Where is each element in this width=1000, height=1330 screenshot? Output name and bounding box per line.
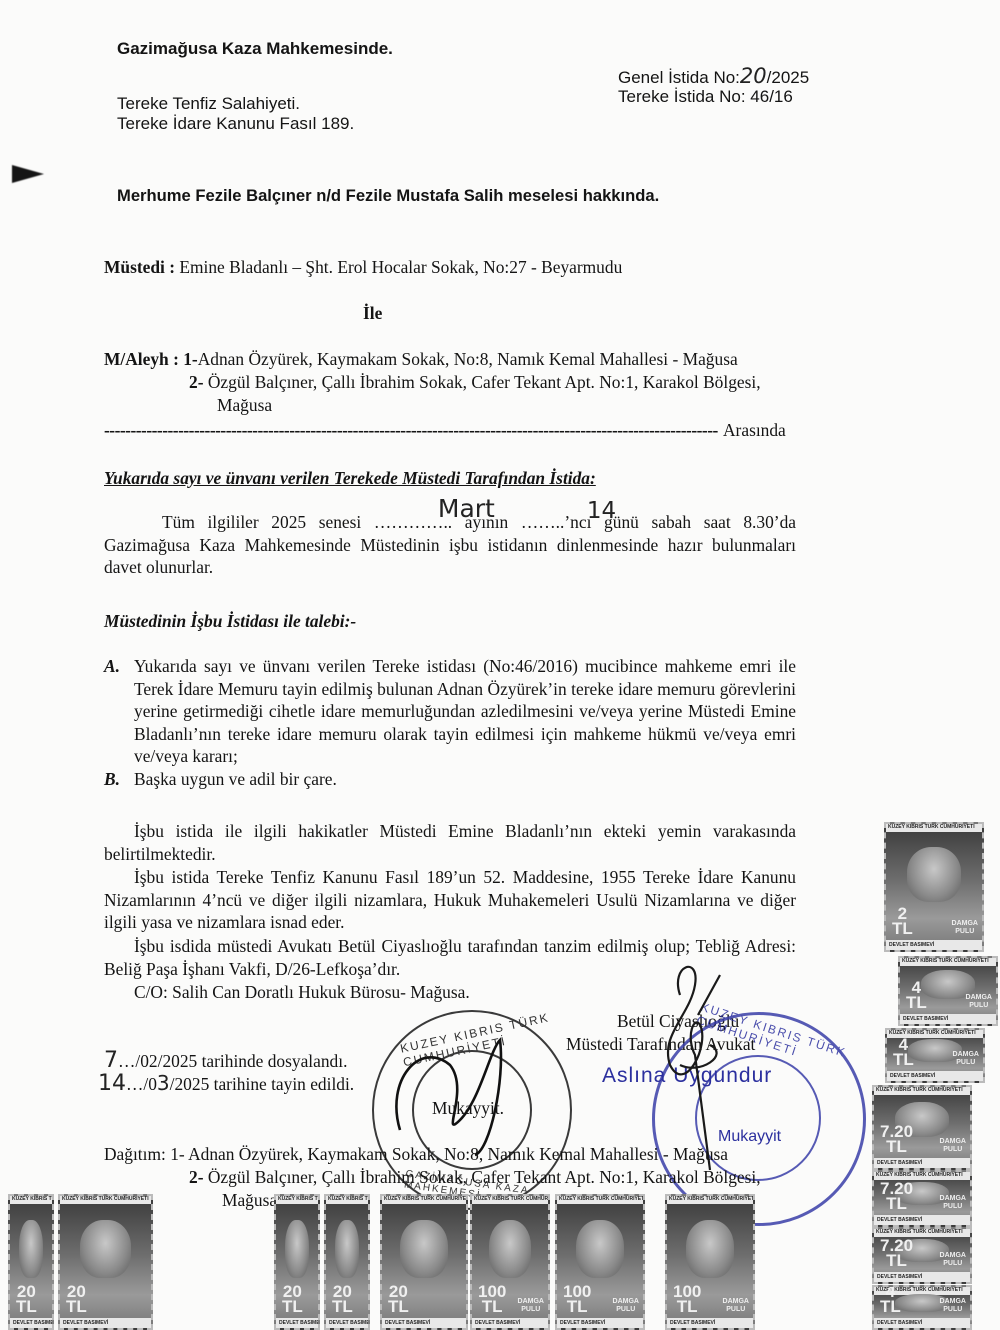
stamp-printer: DEVLET BASIMEVİ (900, 1014, 996, 1024)
stamp-value: 20TL (16, 1284, 37, 1314)
stamp-value: 20TL (66, 1284, 87, 1314)
revenue-stamp: KUZEY KIBRIS TÜRK CUMHURİYETİ100TLDAMGAP… (665, 1194, 755, 1330)
filed-date-line: 7…/02/2025 tarihinde dosyalandı. (104, 1050, 347, 1073)
stamp-value: 7.20TL (880, 1181, 913, 1211)
lawyer-signature (640, 955, 770, 1175)
stamp-portrait (576, 1220, 624, 1278)
respondent-2-line: 2- Özgül Balçıner, Çallı İbrahim Sokak, … (189, 371, 761, 394)
stamp-issuer: KUZEY KIBRIS TÜRK CUMHURİYETİ (886, 824, 982, 832)
stamp-printer: DEVLET BASIMEVİ (874, 1158, 970, 1168)
stamp-value: 7.20TL (880, 1124, 913, 1154)
summons-paragraph: Tüm ilgililer 2025 senesi …………..Mart ayı… (104, 511, 796, 579)
distribution-1-number: 1- (170, 1144, 185, 1164)
dash-rule: ----------------------------------------… (104, 420, 718, 440)
stamp-portrait (80, 1220, 131, 1278)
stamp-type: DAMGAPULU (613, 1298, 639, 1314)
stamp-printer: DEVLET BASIMEVİ (874, 1215, 970, 1225)
stamp-value: 100TL (563, 1284, 591, 1314)
distribution-2-number: 2- (189, 1167, 204, 1187)
stamp-printer: DEVLET BASIMEVİ (472, 1318, 548, 1328)
general-petition-handwritten: 20 (740, 64, 767, 88)
stamp-issuer: KUZEY KIBRIS TÜRK CUMHURİYETİ (557, 1196, 643, 1204)
revenue-stamp: KUZEY KIBRIS TÜRK CUMHURİYETİ100TLDAMGAP… (470, 1194, 550, 1330)
stamp-issuer: KUZEY KIBRIS TÜRK CUMHURİYETİ (382, 1196, 466, 1204)
registrar-signature (380, 1020, 540, 1160)
distribution-2-details: Özgül Balçıner, Çallı İbrahim Sokak, Caf… (208, 1167, 761, 1187)
jurisdiction-line: Tereke Tenfiz Salahiyeti. (117, 94, 300, 114)
law-line: Tereke İdare Kanunu Fasıl 189. (117, 114, 354, 134)
general-petition-label: Genel İstida No: (618, 68, 740, 87)
revenue-stamp: KUZEY KIBRIS TÜRK CUMHURİYETİ20TLDEVLET … (324, 1194, 370, 1330)
care-of-line: C/O: Salih Can Doratlı Hukuk Bürosu- Mağ… (134, 981, 470, 1004)
stamp-type: DAMGAPULU (952, 920, 978, 936)
stamp-portrait (907, 847, 961, 902)
month-blank: …………..Mart (374, 512, 452, 532)
distribution-label: Dağıtım: (104, 1144, 166, 1164)
between-label: Arasında (720, 419, 786, 442)
facts-paragraph: İşbu istida ile ilgili hakikatler Müsted… (104, 820, 796, 865)
stamp-value: 20TL (332, 1284, 353, 1314)
hearing-date-line: 14…/03/2025 tarihine tayin edildi. (98, 1072, 354, 1096)
revenue-stamp: KUZEY KIBRIS TÜRK CUMHURİYETİ2TLDAMGAPUL… (884, 822, 984, 952)
applicant-details: Emine Bladanlı – Şht. Erol Hocalar Sokak… (179, 257, 622, 277)
request-heading: Müstedinin İşbu İstidası ile talebi:- (104, 610, 356, 633)
stamp-type: DAMGAPULU (953, 1051, 979, 1067)
stamp-type: DAMGAPULU (518, 1298, 544, 1314)
request-letter-b: B. (104, 768, 134, 791)
stamp-portrait (489, 1220, 532, 1278)
general-petition-year: /2025 (767, 68, 810, 87)
distribution-line-1: Dağıtım: 1- Adnan Özyürek, Kaymakam Soka… (104, 1143, 728, 1166)
stamp-value: 20TL (282, 1284, 303, 1314)
stamp-issuer: KUZEY KIBRIS TÜRK CUMHURİYETİ (276, 1196, 318, 1204)
stamp-value: 4TL (893, 1037, 914, 1067)
stamp-printer: DEVLET BASIMEVİ (887, 1071, 983, 1081)
stamp-issuer: KUZEY KIBRIS TÜRK CUMHURİYETİ (874, 1087, 970, 1095)
stamp-issuer: KUZEY KIBRIS TÜRK CUMHURİYETİ (900, 958, 996, 966)
stamp-printer: DEVLET BASIMEVİ (667, 1318, 753, 1328)
stamp-portrait (285, 1220, 309, 1278)
applicant-label: Müstedi : (104, 257, 175, 277)
revenue-stamp: KUZEY KIBRIS TÜRK CUMHURİYETİ7.20TLDAMGA… (872, 1085, 972, 1170)
revenue-stamp: KUZEY KIBRIS TÜRK CUMHURİYETİ4TLDAMGAPUL… (898, 956, 998, 1026)
legal-basis-paragraph: İşbu istida Tereke Tenfiz Kanunu Fasıl 1… (104, 866, 796, 934)
revenue-stamp: KUZEY KIBRIS TÜRK CUMHURİYETİ7.20TLDAMGA… (872, 1170, 972, 1227)
stamp-portrait (19, 1220, 43, 1278)
stamp-issuer: KUZEY KIBRIS TÜRK CUMHURİYETİ (326, 1196, 368, 1204)
stamp-type: DAMGAPULU (940, 1252, 966, 1268)
stamp-printer: DEVLET BASIMEVİ (276, 1318, 318, 1328)
stamp-issuer: KUZEY KIBRIS TÜRK CUMHURİYETİ (60, 1196, 151, 1204)
respondent-2-continuation: Mağusa (217, 394, 272, 417)
estate-petition-number: Tereke İstida No: 46/16 (618, 87, 793, 107)
stamp-issuer: KUZEY KIBRIS TÜRK CUMHURİYETİ (667, 1196, 753, 1204)
distribution-2-continuation: Mağusa (222, 1189, 277, 1212)
respondent-1-details: Adnan Özyürek, Kaymakam Sokak, No:8, Nam… (198, 349, 738, 369)
stamp-portrait (686, 1220, 734, 1278)
summons-text-1: Tüm ilgililer 2025 senesi (162, 512, 374, 532)
day-blank: ……..14 (521, 512, 564, 532)
stamp-value: 100TL (478, 1284, 506, 1314)
punch-hole-mark (12, 165, 44, 183)
request-item-a: A. Yukarıda sayı ve ünvanı verilen Terek… (104, 655, 796, 768)
respondent-1-number: 1- (183, 349, 198, 369)
stamp-value: 4TL (880, 1285, 901, 1314)
stamp-value: 4TL (906, 980, 927, 1010)
respondent-2-details: Özgül Balçıner, Çallı İbrahim Sokak, Caf… (208, 372, 761, 392)
stamp-printer: DEVLET BASIMEVİ (10, 1318, 52, 1328)
stamp-printer: DEVLET BASIMEVİ (874, 1318, 970, 1328)
revenue-stamp: KUZEY KIBRIS TÜRK CUMHURİYETİ20TLDEVLET … (274, 1194, 320, 1330)
court-title: Gazimağusa Kaza Mahkemesinde. (117, 39, 393, 59)
stamp-printer: DEVLET BASIMEVİ (874, 1272, 970, 1282)
request-item-b: B. Başka uygun ve adil bir çare. (104, 768, 796, 791)
subject-line: Merhume Fezile Balçıner n/d Fezile Musta… (117, 186, 659, 206)
stamp-type: DAMGAPULU (723, 1298, 749, 1314)
respondent-label: M/Aleyh : (104, 349, 179, 369)
respondent-1-line: M/Aleyh : 1-Adnan Özyürek, Kaymakam Soka… (104, 348, 738, 371)
petition-heading: Yukarıda sayı ve ünvanı verilen Terekede… (104, 467, 596, 490)
hearing-date-text-b: /2025 tarihine tayin edildi. (170, 1074, 355, 1094)
month-handwritten: Mart (380, 498, 495, 521)
filed-day-handwritten: 7 (104, 1048, 118, 1073)
filed-date-text: …/02/2025 tarihinde dosyalandı. (118, 1051, 347, 1071)
stamp-printer: DEVLET BASIMEVİ (886, 940, 982, 950)
stamp-value: 2TL (892, 906, 913, 936)
stamp-value: 7.20TL (880, 1238, 913, 1268)
stamp-printer: DEVLET BASIMEVİ (382, 1318, 466, 1328)
day-handwritten: 14 (529, 500, 616, 523)
stamp-portrait (335, 1220, 359, 1278)
hearing-day-handwritten: 14 (98, 1071, 126, 1096)
stamp-portrait (400, 1220, 447, 1278)
revenue-stamp: KUZEY KIBRIS TÜRK CUMHURİYETİ20TLDEVLET … (380, 1194, 468, 1330)
general-petition-number: Genel İstida No:20/2025 (618, 64, 809, 88)
revenue-stamp: KUZEY KIBRIS TÜRK CUMHURİYETİ100TLDAMGAP… (555, 1194, 645, 1330)
revenue-stamp: KUZEY KIBRIS TÜRK CUMHURİYETİ7.20TLDAMGA… (872, 1227, 972, 1284)
request-text-a: Yukarıda sayı ve ünvanı verilen Tereke i… (134, 656, 796, 766)
distribution-1-details: Adnan Özyürek, Kaymakam Sokak, No:8, Nam… (188, 1144, 728, 1164)
request-text-b: Başka uygun ve adil bir çare. (134, 769, 337, 789)
stamp-issuer: KUZEY KIBRIS TÜRK CUMHURİYETİ (10, 1196, 52, 1204)
stamp-type: DAMGAPULU (940, 1298, 966, 1314)
with-label: İle (363, 302, 382, 325)
applicant-line: Müstedi : Emine Bladanlı – Şht. Erol Hoc… (104, 256, 622, 279)
hearing-month-handwritten: 3 (157, 1071, 170, 1095)
stamp-printer: DEVLET BASIMEVİ (557, 1318, 643, 1328)
between-line: ----------------------------------------… (104, 419, 794, 442)
stamp-printer: DEVLET BASIMEVİ (326, 1318, 368, 1328)
request-letter-a: A. (104, 655, 134, 678)
stamp-type: DAMGAPULU (966, 994, 992, 1010)
respondent-2-number: 2- (189, 372, 204, 392)
revenue-stamp: KUZEY KIBRIS TÜRK CUMHURİYETİ20TLDEVLET … (8, 1194, 54, 1330)
stamp-type: DAMGAPULU (940, 1138, 966, 1154)
stamp-printer: DEVLET BASIMEVİ (60, 1318, 151, 1328)
hearing-date-text-a: …/0 (126, 1074, 157, 1094)
stamp-type: DAMGAPULU (940, 1195, 966, 1211)
distribution-line-2: 2- Özgül Balçıner, Çallı İbrahim Sokak, … (189, 1166, 761, 1189)
revenue-stamp: KUZEY KIBRIS TÜRK CUMHURİYETİ4TLDAMGAPUL… (885, 1028, 985, 1083)
revenue-stamp: KUZEY KIBRIS TÜRK CUMHURİYETİ4TLDAMGAPUL… (872, 1285, 972, 1330)
stamp-value: 100TL (673, 1284, 701, 1314)
revenue-stamp: KUZEY KIBRIS TÜRK CUMHURİYETİ20TLDEVLET … (58, 1194, 153, 1330)
stamp-value: 20TL (388, 1284, 409, 1314)
stamp-issuer: KUZEY KIBRIS TÜRK CUMHURİYETİ (472, 1196, 548, 1204)
